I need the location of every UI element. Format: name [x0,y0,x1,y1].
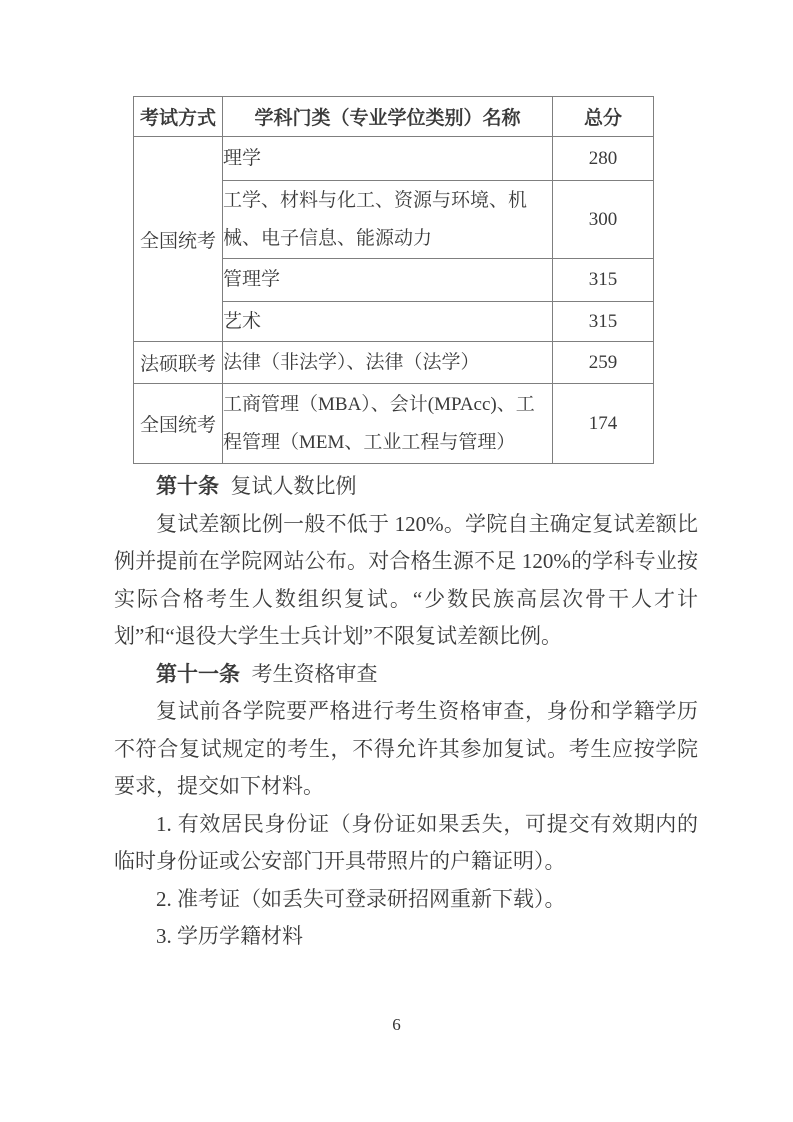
table-header-row: 考试方式 学科门类（专业学位类别）名称 总分 [134,97,654,137]
table-row: 全国统考 理学 280 [134,137,654,181]
cell-score-science: 280 [553,137,654,181]
table-row: 全国统考 工商管理（MBA）、会计(MPAcc)、工程管理（MEM、工业工程与管… [134,384,654,464]
document-body: 第十条复试人数比例 复试差额比例一般不低于 120%。学院自主确定复试差额比例并… [114,468,698,956]
article-10-heading-line: 第十条复试人数比例 [114,468,698,506]
cell-score-art: 315 [553,302,654,342]
list-item-education-records: 3. 学历学籍材料 [114,918,698,956]
article-10-title: 复试人数比例 [231,474,357,498]
cell-category-management: 管理学 [223,259,553,302]
cell-category-science: 理学 [223,137,553,181]
col-header-discipline-name: 学科门类（专业学位类别）名称 [223,97,553,137]
cell-category-mba: 工商管理（MBA）、会计(MPAcc)、工程管理（MEM、工业工程与管理） [223,384,553,464]
paragraph-qualification-review: 复试前各学院要严格进行考生资格审查，身份和学籍学历不符合复试规定的考生，不得允许… [114,693,698,806]
list-item-id-card: 1. 有效居民身份证（身份证如果丢失，可提交有效期内的临时身份证或公安部门开具带… [114,806,698,881]
cell-category-engineering: 工学、材料与化工、资源与环境、机械、电子信息、能源动力 [223,181,553,259]
paragraph-reexam-ratio: 复试差额比例一般不低于 120%。学院自主确定复试差额比例并提前在学院网站公布。… [114,506,698,656]
article-10-number: 第十条 [156,474,219,498]
cell-exam-method-national: 全国统考 [134,137,223,342]
article-11-title: 考生资格审查 [252,662,378,686]
cell-score-mba: 174 [553,384,654,464]
table-row: 法硕联考 法律（非法学）、法律（法学） 259 [134,342,654,384]
col-header-total-score: 总分 [553,97,654,137]
cell-exam-method-national-2: 全国统考 [134,384,223,464]
cell-category-art: 艺术 [223,302,553,342]
cell-score-law: 259 [553,342,654,384]
cell-category-law: 法律（非法学）、法律（法学） [223,342,553,384]
cell-score-management: 315 [553,259,654,302]
article-11-number: 第十一条 [156,662,240,686]
cell-exam-method-law: 法硕联考 [134,342,223,384]
col-header-exam-method: 考试方式 [134,97,223,137]
list-item-admission-ticket: 2. 准考证（如丢失可登录研招网重新下载）。 [114,881,698,919]
page-number: 6 [0,1015,793,1035]
score-table: 考试方式 学科门类（专业学位类别）名称 总分 全国统考 理学 280 工学、材料… [133,96,654,464]
article-11-heading-line: 第十一条考生资格审查 [114,656,698,694]
document-page: 考试方式 学科门类（专业学位类别）名称 总分 全国统考 理学 280 工学、材料… [0,0,793,1122]
cell-score-engineering: 300 [553,181,654,259]
